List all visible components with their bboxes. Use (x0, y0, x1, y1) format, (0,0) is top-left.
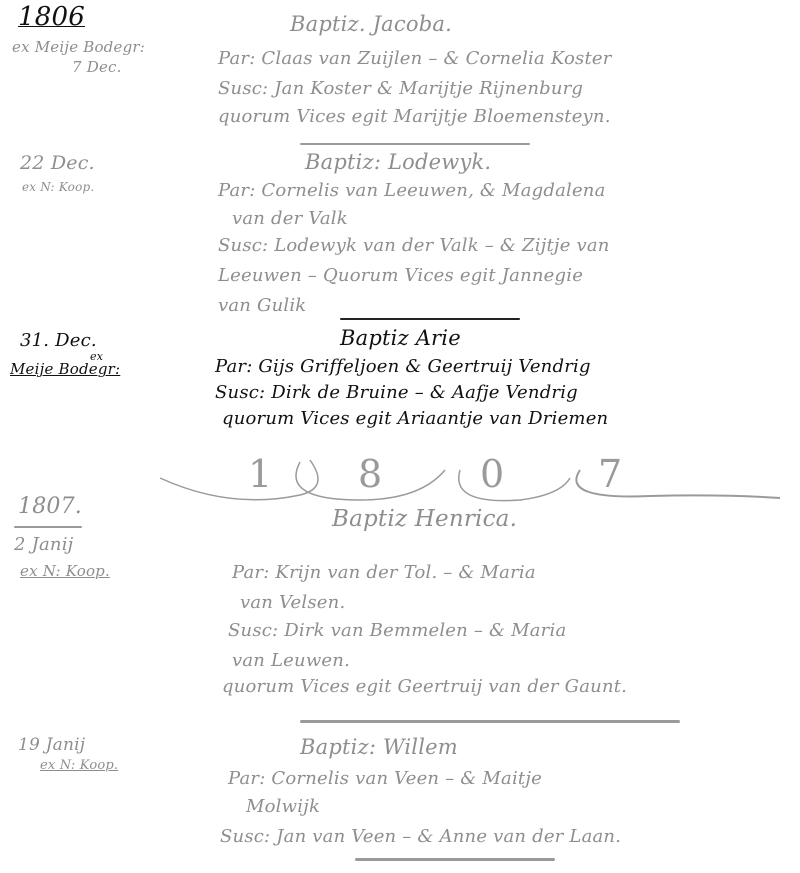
entry-4-proxy: quorum Vices egit Geertruij van der Gaun… (222, 676, 627, 697)
entry-3-sponsors: Susc: Dirk de Bruine – & Aafje Vendrig (215, 382, 578, 403)
entry-3-margin-line-3: Meije Bodegr: (10, 360, 120, 378)
entry-1-proxy: quorum Vices egit Marijtje Bloemensteyn. (218, 106, 611, 127)
entry-1-margin-line-1: ex Meije Bodegr: (12, 38, 145, 56)
entry-2-parents: Par: Cornelis van Leeuwen, & Magdalena (218, 180, 606, 201)
divider (300, 143, 530, 145)
divider (14, 526, 82, 528)
divider (340, 318, 520, 320)
entry-5-title: Baptiz: Willem (300, 735, 458, 759)
entry-3-margin-line-1: 31. Dec. (20, 330, 97, 351)
divider (300, 720, 680, 723)
entry-4-title: Baptiz Henrica. (332, 506, 517, 532)
entry-5-parents: Par: Cornelis van Veen – & Maitje (228, 768, 542, 789)
entry-4-margin-year: 1807. (18, 494, 82, 519)
entry-4-margin-line-2: 2 Janij (14, 534, 73, 555)
entry-3-proxy: quorum Vices egit Ariaantje van Driemen (222, 408, 608, 429)
entry-2-parents-cont: van der Valk (232, 208, 348, 229)
entry-1-margin-line-2: 7 Dec. (72, 58, 122, 76)
entry-5-sponsors: Susc: Jan van Veen – & Anne van der Laan… (220, 826, 621, 847)
entry-4-sponsors-cont: van Leuwen. (232, 650, 350, 671)
entry-2-sponsors: Susc: Lodewyk van der Valk – & Zijtje va… (218, 235, 610, 256)
entry-3-title: Baptiz Arie (340, 326, 461, 350)
year-heading-1806: 1806 (18, 2, 85, 32)
year-banner-digit-2: 8 (358, 452, 382, 496)
entry-4-parents-cont: van Velsen. (240, 592, 345, 613)
divider (355, 858, 555, 861)
entry-1-sponsors: Susc: Jan Koster & Marijtje Rijnenburg (218, 78, 583, 99)
entry-1-parents: Par: Claas van Zuijlen – & Cornelia Kost… (218, 48, 612, 69)
register-page: 1806 ex Meije Bodegr: 7 Dec. Baptiz. Jac… (0, 0, 800, 873)
entry-5-margin-line-2: ex N: Koop. (40, 758, 118, 773)
entry-2-title: Baptiz: Lodewyk. (305, 150, 491, 174)
year-banner-digit-3: 0 (480, 452, 504, 496)
entry-2-margin-line-2: ex N: Koop. (22, 180, 94, 194)
entry-5-parents-cont: Molwijk (246, 796, 320, 817)
entry-1-title: Baptiz. Jacoba. (290, 12, 452, 36)
entry-3-parents: Par: Gijs Griffeljoen & Geertruij Vendri… (215, 356, 591, 377)
entry-4-parents: Par: Krijn van der Tol. – & Maria (232, 562, 536, 583)
entry-2-margin-line-1: 22 Dec. (20, 152, 95, 174)
year-banner-digit-1: 1 (248, 452, 272, 496)
entry-4-margin-line-3: ex N: Koop. (20, 562, 110, 580)
entry-2-sponsors-cont: Leeuwen – Quorum Vices egit Jannegie (218, 265, 583, 286)
entry-5-margin-line-1: 19 Janij (18, 735, 85, 755)
year-banner-digit-4: 7 (598, 452, 622, 496)
entry-2-sponsors-cont-2: van Gulik (218, 295, 306, 316)
entry-4-sponsors: Susc: Dirk van Bemmelen – & Maria (228, 620, 566, 641)
